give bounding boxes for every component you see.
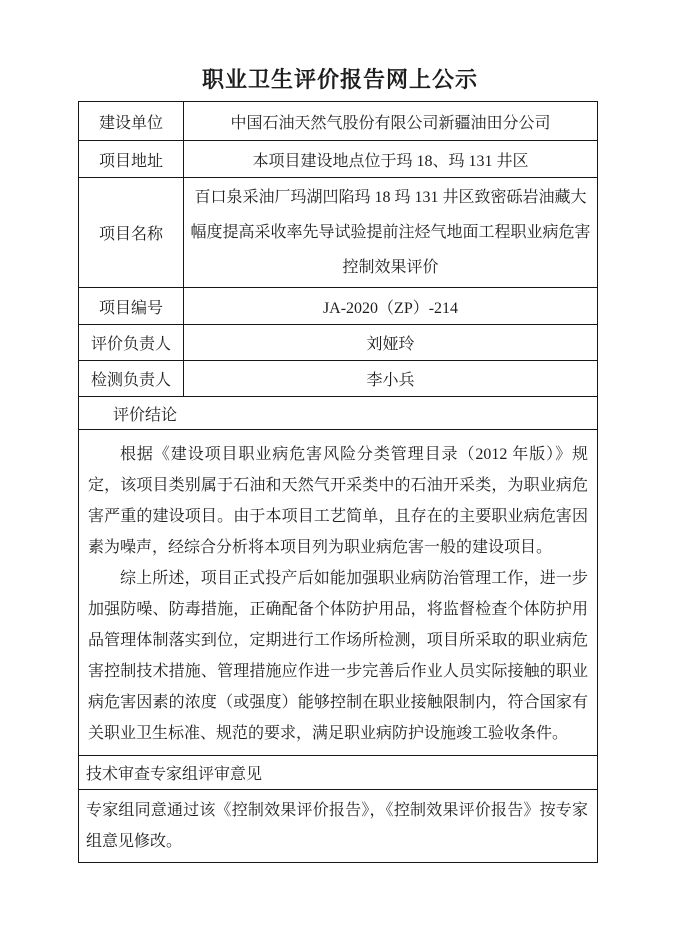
table-row: 检测负责人 李小兵 bbox=[79, 361, 598, 397]
project-name-label: 项目名称 bbox=[79, 178, 184, 288]
table-row: 建设单位 中国石油天然气股份有限公司新疆油田分公司 bbox=[79, 102, 598, 141]
publicity-table: 建设单位 中国石油天然气股份有限公司新疆油田分公司 项目地址 本项目建设地点位于… bbox=[78, 101, 598, 863]
conclusion-paragraph-1: 根据《建设项目职业病危害风险分类管理目录（2012 年版）》规定，该项目类别属于… bbox=[88, 439, 588, 563]
page-title: 职业卫生评价报告网上公示 bbox=[0, 63, 680, 94]
conclusion-body: 根据《建设项目职业病危害风险分类管理目录（2012 年版）》规定，该项目类别属于… bbox=[79, 430, 598, 756]
project-number-value: JA-2020（ZP）-214 bbox=[184, 288, 598, 325]
document-page: 职业卫生评价报告网上公示 建设单位 中国石油天然气股份有限公司新疆油田分公司 项… bbox=[0, 0, 680, 944]
table-row: 项目编号 JA-2020（ZP）-214 bbox=[79, 288, 598, 325]
evaluation-leader-value: 刘娅玲 bbox=[184, 325, 598, 361]
table-row: 专家组同意通过该《控制效果评价报告》，《控制效果评价报告》按专家组意见修改。 bbox=[79, 790, 598, 863]
evaluation-leader-label: 评价负责人 bbox=[79, 325, 184, 361]
construction-unit-value: 中国石油天然气股份有限公司新疆油田分公司 bbox=[184, 102, 598, 141]
construction-unit-label: 建设单位 bbox=[79, 102, 184, 141]
table-row: 评价结论 bbox=[79, 397, 598, 430]
table-row: 评价负责人 刘娅玲 bbox=[79, 325, 598, 361]
expert-review-opinion: 专家组同意通过该《控制效果评价报告》，《控制效果评价报告》按专家组意见修改。 bbox=[79, 790, 598, 863]
expert-review-header: 技术审查专家组评审意见 bbox=[79, 756, 598, 790]
table-row: 根据《建设项目职业病危害风险分类管理目录（2012 年版）》规定，该项目类别属于… bbox=[79, 430, 598, 756]
table-row: 技术审查专家组评审意见 bbox=[79, 756, 598, 790]
project-address-label: 项目地址 bbox=[79, 141, 184, 178]
conclusion-paragraph-2: 综上所述，项目正式投产后如能加强职业病防治管理工作，进一步加强防噪、防毒措施，正… bbox=[88, 563, 588, 749]
testing-leader-label: 检测负责人 bbox=[79, 361, 184, 397]
testing-leader-value: 李小兵 bbox=[184, 361, 598, 397]
project-number-label: 项目编号 bbox=[79, 288, 184, 325]
project-address-value: 本项目建设地点位于玛 18、玛 131 井区 bbox=[184, 141, 598, 178]
table-row: 项目名称 百口泉采油厂玛湖凹陷玛 18 玛 131 井区致密砾岩油藏大幅度提高采… bbox=[79, 178, 598, 288]
project-name-value: 百口泉采油厂玛湖凹陷玛 18 玛 131 井区致密砾岩油藏大幅度提高采收率先导试… bbox=[184, 178, 598, 288]
table-row: 项目地址 本项目建设地点位于玛 18、玛 131 井区 bbox=[79, 141, 598, 178]
conclusion-header: 评价结论 bbox=[79, 397, 598, 430]
